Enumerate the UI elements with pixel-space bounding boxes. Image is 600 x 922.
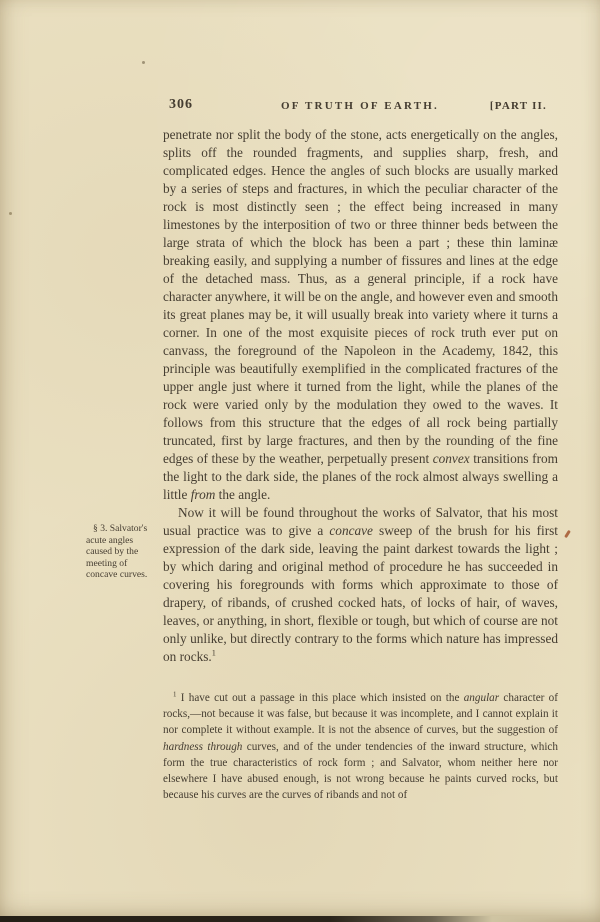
paper-speck <box>9 212 12 215</box>
scanned-book-page: 306 OF TRUTH OF EARTH. [PART II. § 3. Sa… <box>0 0 600 922</box>
paragraph: penetrate nor split the body of the ston… <box>163 126 558 504</box>
part-label: [PART II. <box>490 100 547 112</box>
scan-bottom-edge <box>0 916 600 922</box>
page-header: 306 OF TRUTH OF EARTH. [PART II. <box>163 100 557 118</box>
paper-speck <box>564 530 571 538</box>
paragraph: Now it will be found throughout the work… <box>163 504 558 666</box>
paper-speck <box>142 61 145 64</box>
margin-sidenote: § 3. Salvator's acute angles caused by t… <box>86 523 160 581</box>
body-text-column: penetrate nor split the body of the ston… <box>163 126 558 666</box>
footnote: 1 I have cut out a passage in this place… <box>163 690 558 803</box>
